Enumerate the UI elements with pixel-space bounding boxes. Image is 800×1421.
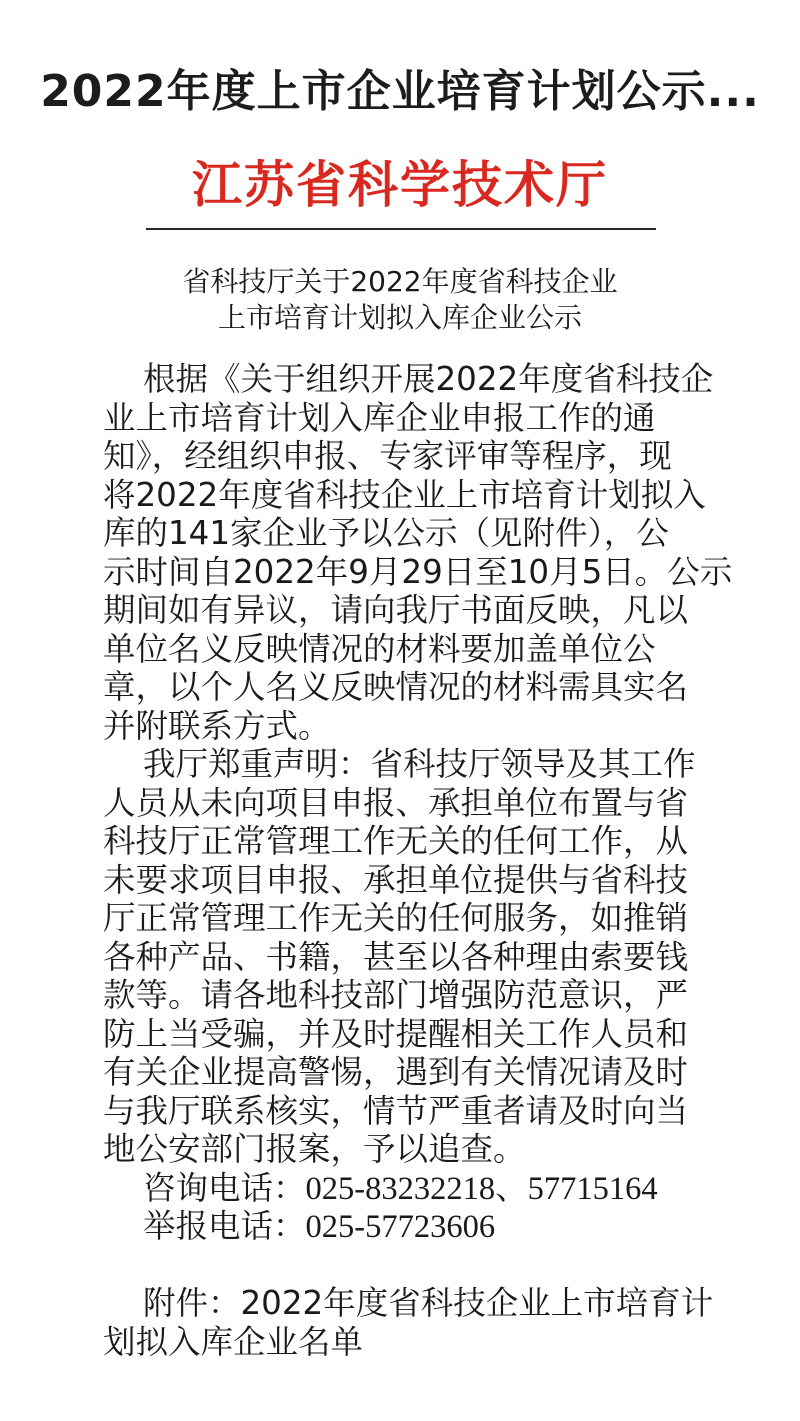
header-divider	[146, 228, 656, 230]
document-heading-line: 省科技厅关于2022年度省科技企业	[0, 264, 800, 300]
consult-phone: 咨询电话：025-83232218、57715164	[103, 1169, 703, 1208]
paragraph-line: 单位名义反映情况的材料要加盖单位公	[103, 630, 703, 669]
document-heading: 省科技厅关于2022年度省科技企业 上市培育计划拟入库企业公示	[0, 264, 800, 336]
paragraph-line: 地公安部门报案，予以追查。	[103, 1130, 703, 1169]
paragraph-line: 厅正常管理工作无关的任何服务，如推销	[103, 899, 703, 938]
paragraph-line: 并附联系方式。	[103, 707, 703, 746]
paragraph-line: 根据《关于组织开展2022年度省科技企	[103, 360, 703, 399]
paragraph-line: 期间如有异议，请向我厅书面反映，凡以	[103, 591, 703, 630]
paragraph-line: 有关企业提高警惕，遇到有关情况请及时	[103, 1053, 703, 1092]
spacer	[103, 1246, 703, 1285]
report-phone-number: 025-57723606	[306, 1209, 496, 1245]
paragraph-line: 业上市培育计划入库企业申报工作的通	[103, 399, 703, 438]
paragraph-line: 人员从未向项目申报、承担单位布置与省	[103, 784, 703, 823]
paragraph-line: 防上当受骗，并及时提醒相关工作人员和	[103, 1015, 703, 1054]
paragraph-line: 与我厅联系核实，情节严重者请及时向当	[103, 1092, 703, 1131]
document-heading-line: 上市培育计划拟入库企业公示	[0, 300, 800, 336]
report-phone: 举报电话：025-57723606	[103, 1207, 703, 1246]
contact-info: 咨询电话：025-83232218、57715164 举报电话：025-5772…	[103, 1169, 703, 1246]
paragraph-declaration: 我厅郑重声明：省科技厅领导及其工作 人员从未向项目申报、承担单位布置与省 科技厅…	[103, 745, 703, 1169]
page-title: 2022年度上市企业培育计划公示...	[0, 62, 800, 122]
paragraph-notice: 根据《关于组织开展2022年度省科技企 业上市培育计划入库企业申报工作的通 知》…	[103, 360, 703, 745]
paragraph-line: 未要求项目申报、承担单位提供与省科技	[103, 861, 703, 900]
paragraph-line: 库的141家企业予以公示（见附件），公	[103, 514, 703, 553]
paragraph-line: 示时间自2022年9月29日至10月5日。公示	[103, 553, 703, 592]
paragraph-line: 我厅郑重声明：省科技厅领导及其工作	[103, 745, 703, 784]
attachment-line: 划拟入库企业名单	[103, 1323, 703, 1362]
consult-phone-numbers: 025-83232218、57715164	[306, 1171, 658, 1207]
attachment-note: 附件：2022年度省科技企业上市培育计 划拟入库企业名单	[103, 1284, 703, 1361]
consult-phone-label: 咨询电话：	[143, 1169, 306, 1207]
paragraph-line: 各种产品、书籍，甚至以各种理由索要钱	[103, 938, 703, 977]
paragraph-line: 知》，经组织申报、专家评审等程序，现	[103, 437, 703, 476]
paragraph-line: 将2022年度省科技企业上市培育计划拟入	[103, 476, 703, 515]
paragraph-line: 款等。请各地科技部门增强防范意识，严	[103, 976, 703, 1015]
paragraph-line: 科技厅正常管理工作无关的任何工作，从	[103, 822, 703, 861]
report-phone-label: 举报电话：	[143, 1207, 306, 1245]
organization-name: 江苏省科学技术厅	[0, 152, 800, 218]
attachment-line: 附件：2022年度省科技企业上市培育计	[103, 1284, 703, 1323]
paragraph-line: 章，以个人名义反映情况的材料需具实名	[103, 668, 703, 707]
document-body: 根据《关于组织开展2022年度省科技企 业上市培育计划入库企业申报工作的通 知》…	[103, 360, 703, 1361]
